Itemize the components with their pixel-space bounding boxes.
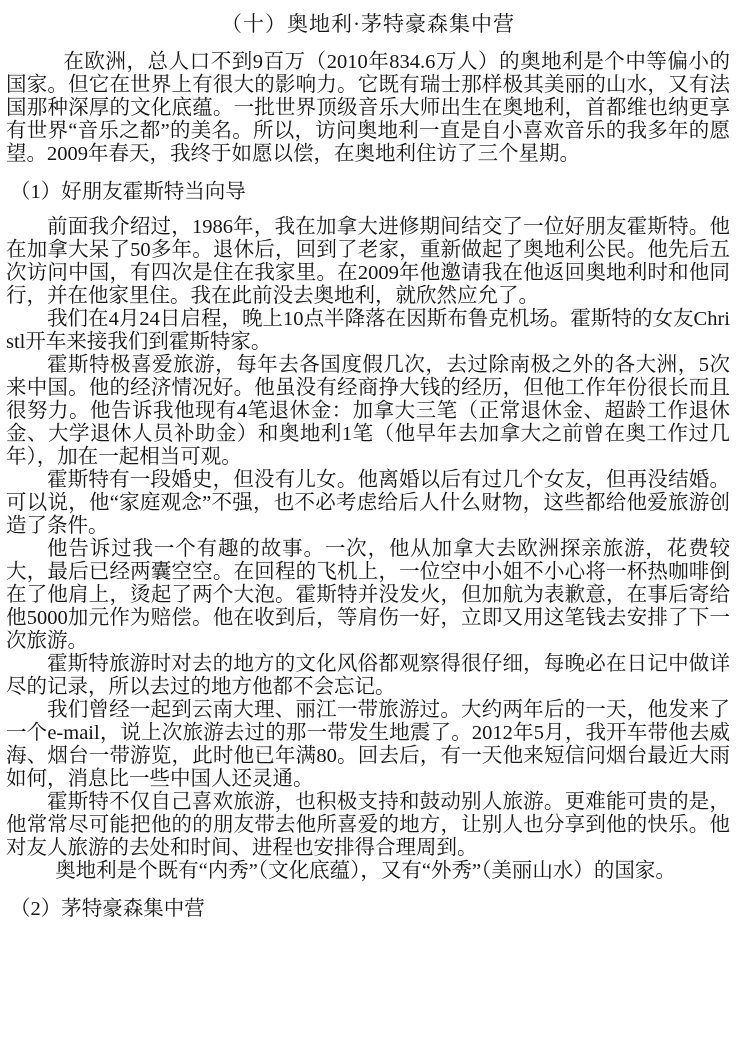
paragraph: 霍斯特不仅自己喜欢旅游，也积极支持和鼓动别人旅游。更难能可贵的是，他常常尽可能把…	[6, 791, 730, 860]
section-heading-2: （2）茅特豪森集中营	[6, 898, 730, 921]
paragraph-intro: 在欧洲，总人口不到9百万（2010年834.6万人）的奥地利是个中等偏小的国家。…	[6, 51, 730, 166]
paragraph-closing: 奥地利是个既有“内秀”（文化底蕴），又有“外秀”（美丽山水）的国家。	[6, 860, 730, 883]
paragraph: 霍斯特旅游时对去的地方的文化风俗都观察得很仔细，每晚必在日记中做详尽的记录，所以…	[6, 653, 730, 699]
paragraph: 霍斯特有一段婚史，但没有儿女。他离婚以后有过几个女友，但再没结婚。可以说，他“家…	[6, 469, 730, 538]
document-page: （十）奥地利·茅特豪森集中营 在欧洲，总人口不到9百万（2010年834.6万人…	[0, 0, 745, 1052]
paragraph: 他告诉过我一个有趣的故事。一次，他从加拿大去欧洲探亲旅游，花费较大，最后已经两囊…	[6, 538, 730, 653]
document-title: （十）奥地利·茅特豪森集中营	[6, 12, 730, 36]
paragraph: 我们曾经一起到云南大理、丽江一带旅游过。大约两年后的一天，他发来了一个e-mai…	[6, 699, 730, 791]
section-heading-1: （1）好朋友霍斯特当向导	[6, 181, 730, 204]
paragraph: 前面我介绍过，1986年，我在加拿大进修期间结交了一位好朋友霍斯特。他在加拿大呆…	[6, 216, 730, 308]
paragraph: 霍斯特极喜爱旅游，每年去各国度假几次，去过除南极之外的各大洲，5次来中国。他的经…	[6, 354, 730, 469]
paragraph: 我们在4月24日启程，晚上10点半降落在因斯布鲁克机场。霍斯特的女友Christ…	[6, 308, 730, 354]
